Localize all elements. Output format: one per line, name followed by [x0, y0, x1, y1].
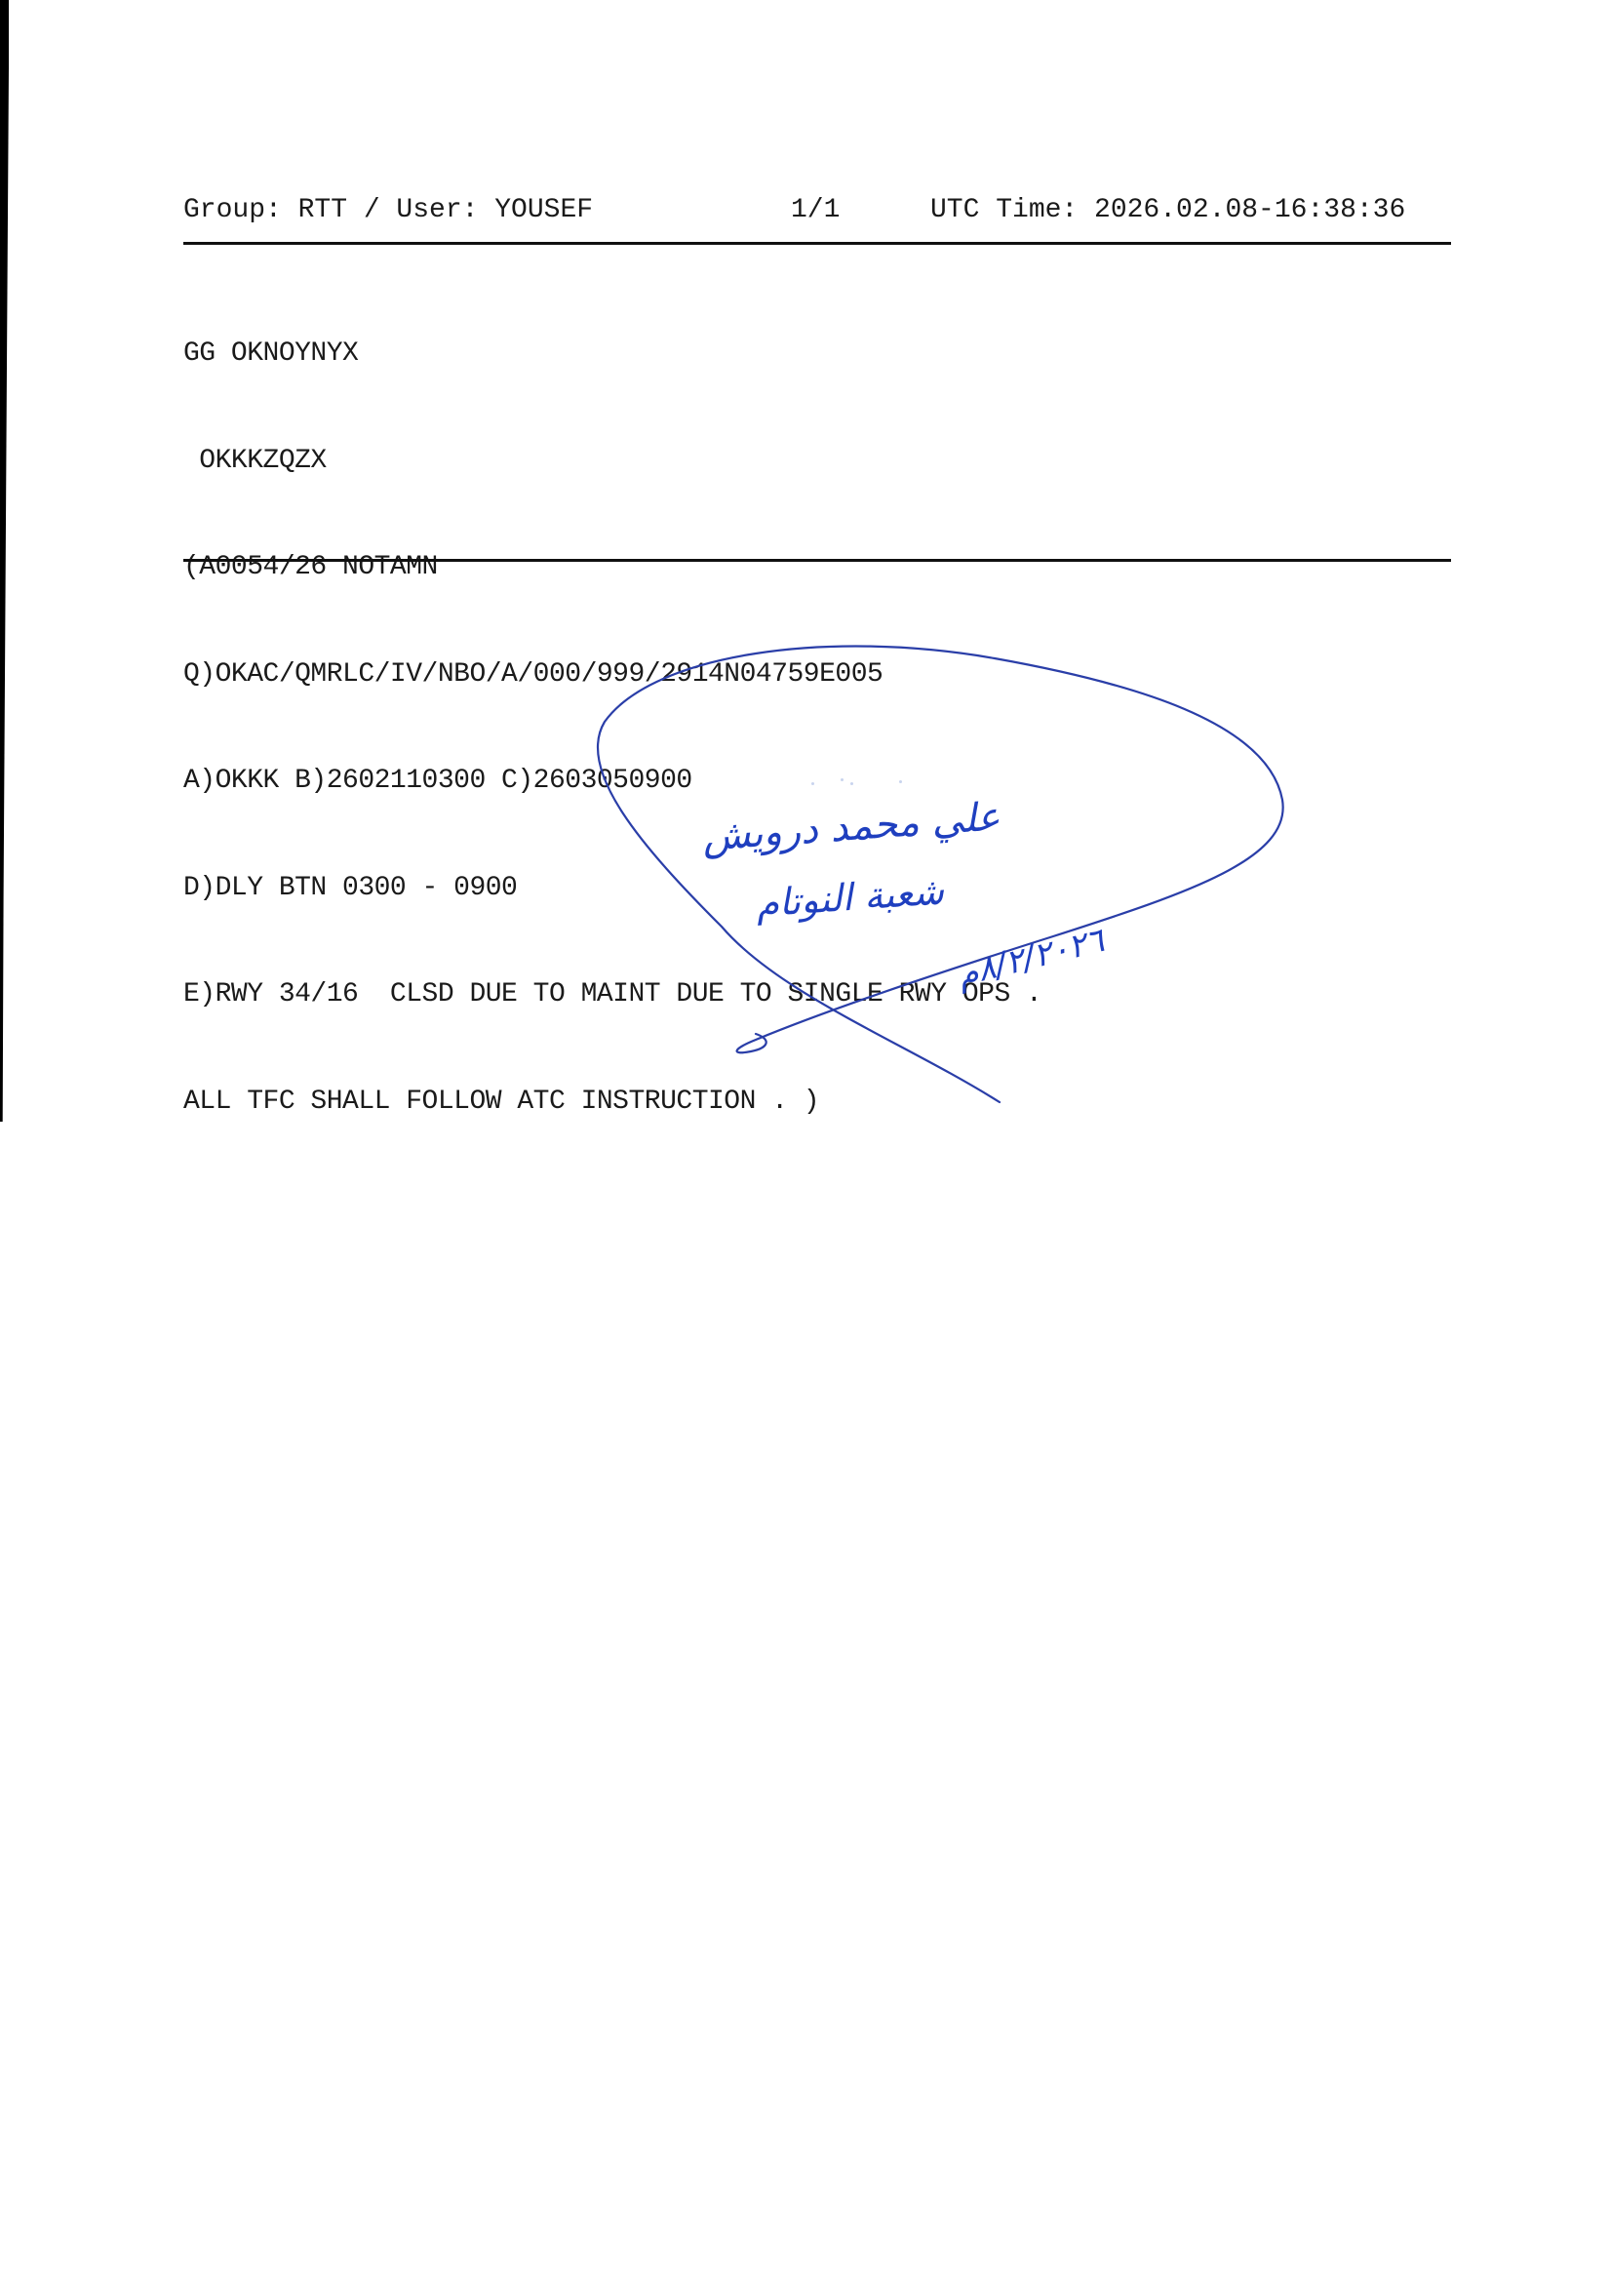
page-number: 1/1	[791, 195, 840, 225]
ink-speck	[899, 780, 902, 783]
message-line-address-1: GG OKNOYNYX	[183, 336, 1041, 373]
ink-speck	[811, 782, 814, 785]
header-divider	[183, 242, 1451, 245]
utc-time: UTC Time: 2026.02.08-16:38:36	[930, 195, 1405, 225]
handwritten-signature: علي محمد درويش شعبة النوتام ٨/٢/٢٠٢٦م	[585, 634, 1316, 1122]
print-header: Group: RTT / User: YOUSEF 1/1 UTC Time: …	[183, 195, 1451, 234]
message-line-address-2: OKKKZQZX	[183, 444, 1041, 480]
group-user-label: Group: RTT / User: YOUSEF	[183, 195, 593, 225]
message-divider	[183, 559, 1451, 562]
ink-speck	[841, 778, 844, 781]
signature-loop-stroke	[585, 634, 1316, 1122]
scan-edge-shadow	[0, 0, 9, 1122]
ink-speck	[850, 782, 853, 785]
message-line-notam-id: (A0054/26 NOTAMN	[183, 550, 1041, 586]
